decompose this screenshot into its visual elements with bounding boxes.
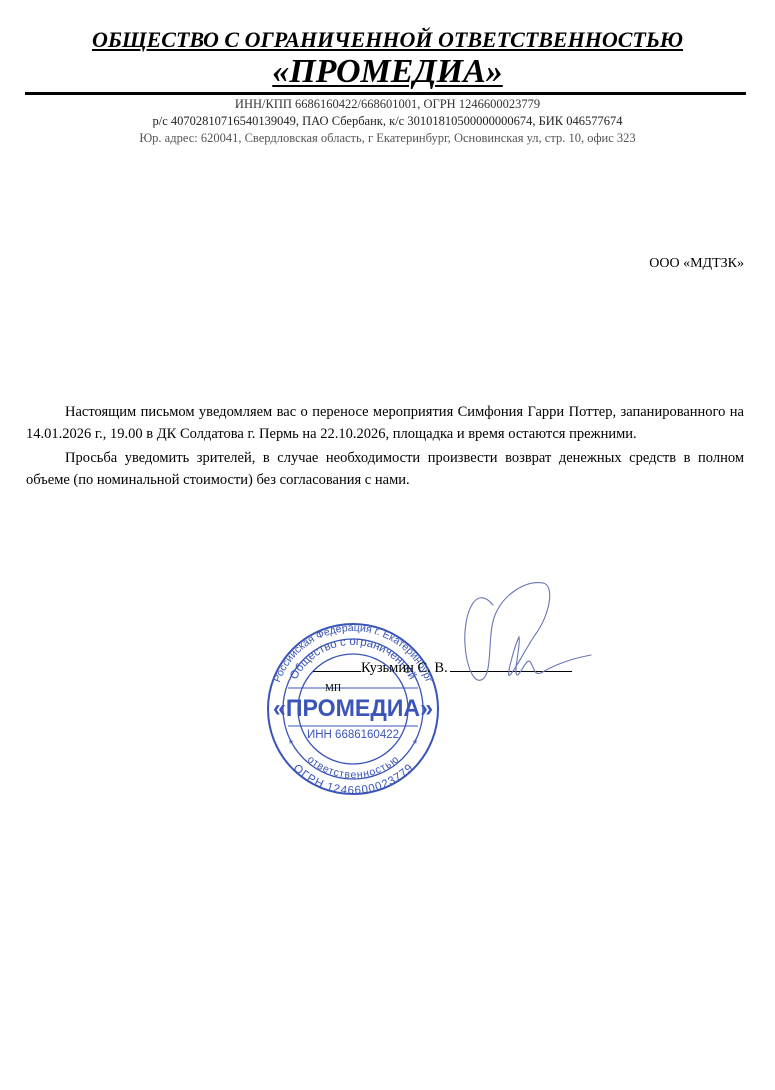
stamp-star-right: * [413,737,418,751]
org-name-text: «ПРОМЕДИА» [272,53,503,90]
requisites-address: Юр. адрес: 620041, Свердловская область,… [0,130,775,146]
recipient: ООО «МДТЗК» [649,256,744,272]
stamp-star-left: * [289,737,294,751]
requisites-tax-ids: ИНН/КПП 6686160422/668601001, ОГРН 12466… [0,96,775,112]
header-divider [25,92,746,95]
body-paragraph-2: Просьба уведомить зрителей, в случае нео… [26,448,744,491]
requisites-bank: р/с 40702810716540139049, ПАО Сбербанк, … [0,113,775,129]
signature-blank-left [313,659,361,672]
org-legal-form: ОБЩЕСТВО С ОГРАНИЧЕННОЙ ОТВЕТСТВЕННОСТЬЮ [0,27,775,53]
handwritten-signature [455,575,605,690]
org-name: «ПРОМЕДИА» [0,52,775,92]
stamp-bottom-inner: ответственностью [305,753,401,781]
body-paragraph-1: Настоящим письмом уведомляем вас о перен… [26,402,744,445]
seal-place-label: МП [325,683,341,694]
org-legal-form-text: ОБЩЕСТВО С ОГРАНИЧЕННОЙ ОТВЕТСТВЕННОСТЬЮ [92,27,683,52]
stamp-inn: ИНН 6686160422 [307,729,399,741]
signer-name: Кузьмин С. В. [361,660,448,676]
stamp-center-name: «ПРОМЕДИА» [273,695,433,722]
company-stamp: Российская Федерация г. Екатеринбург Общ… [266,622,440,796]
letter-body: Настоящим письмом уведомляем вас о перен… [26,402,744,494]
